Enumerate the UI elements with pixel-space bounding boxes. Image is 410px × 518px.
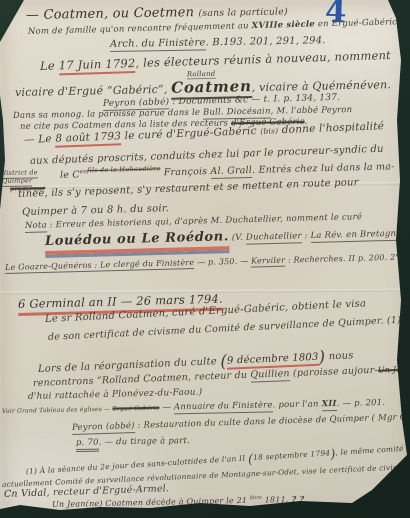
photo-backing: 4 — Coatmen, ou Coetmen (sans la particu… bbox=[0, 0, 410, 518]
page-ref: p. 70 bbox=[76, 438, 99, 452]
text-segment: — Le bbox=[24, 133, 56, 146]
nota-label: Nota bbox=[25, 220, 47, 233]
date-1793-underlined-red: 8 août 1793 bbox=[55, 130, 121, 148]
bis-note: (bis) bbox=[260, 126, 278, 136]
text-segment: . III. 26. bbox=[401, 228, 410, 239]
text-segment: — bbox=[159, 402, 174, 412]
an-xii: XII bbox=[321, 399, 336, 411]
annuaire-title: Annuaire du Finistère bbox=[174, 400, 273, 414]
text-segment: — p. 350. — bbox=[194, 257, 251, 267]
manuscript-paper: 4 — Coatmen, ou Coetmen (sans la particu… bbox=[0, 0, 410, 518]
text-segment: nous bbox=[325, 350, 354, 362]
date-1792-underlined-red: 17 Juin 1792 bbox=[58, 56, 135, 75]
kerviler-ref: Kerviler bbox=[251, 256, 285, 268]
duchatellier-ref: Duchatellier bbox=[246, 231, 302, 244]
text-segment: (V. bbox=[229, 233, 246, 243]
text-segment: . — du tirage à part. bbox=[99, 436, 190, 448]
margin-scribble: Voir Grand Tableau des églises — bbox=[2, 406, 113, 415]
century-mention: XVIIIe siècle bbox=[251, 19, 315, 31]
line-tirage: p. 70. — du tirage à part. bbox=[76, 436, 190, 448]
date-1794: 18 septembre 1794 bbox=[253, 448, 331, 462]
text-segment: Le bbox=[40, 58, 59, 73]
text-segment: , vicaire à Quéménéven. bbox=[252, 78, 392, 94]
book-title: La Rév. en Bretagne bbox=[310, 229, 401, 243]
octobre-abbrev: 8bre bbox=[250, 496, 262, 501]
text-segment: . — p. 201. bbox=[337, 398, 386, 409]
inserted-rolland: Rolland bbox=[187, 70, 216, 80]
archives-source: Arch. du Finistère bbox=[110, 37, 206, 52]
text-segment: , M. l'abbé Peyron bbox=[271, 105, 353, 116]
source-author: Peyron (abbé) bbox=[72, 421, 135, 435]
vidal-name: Cn Vidal bbox=[4, 488, 47, 500]
family-name-title: — Coatmen, ou Coetmen bbox=[26, 5, 199, 23]
text-segment: vicaire d'Ergué “Gabéric”, bbox=[15, 83, 171, 99]
text-segment: , le même comité bbox=[335, 444, 404, 457]
text-segment: (sans la particule) bbox=[198, 6, 287, 19]
struck-text: Ergué-Gabéric bbox=[112, 405, 159, 413]
name-with-insertion: RollandCoatmen bbox=[171, 77, 252, 97]
text-segment: François bbox=[160, 166, 210, 178]
text-segment: le C bbox=[60, 169, 80, 181]
quillien-name: Quillien bbox=[250, 368, 290, 383]
grall-name: Al. Grall bbox=[210, 165, 252, 179]
text-segment: . pour l'an bbox=[273, 399, 322, 410]
text-segment: 1811. bbox=[262, 495, 289, 505]
text-segment: : bbox=[302, 231, 311, 241]
text-segment: . B.193. 201, 291, 294. bbox=[205, 35, 325, 48]
question-marks: ? ? bbox=[288, 494, 304, 504]
struck-insertion: fils de la Hubaudière bbox=[87, 164, 161, 174]
